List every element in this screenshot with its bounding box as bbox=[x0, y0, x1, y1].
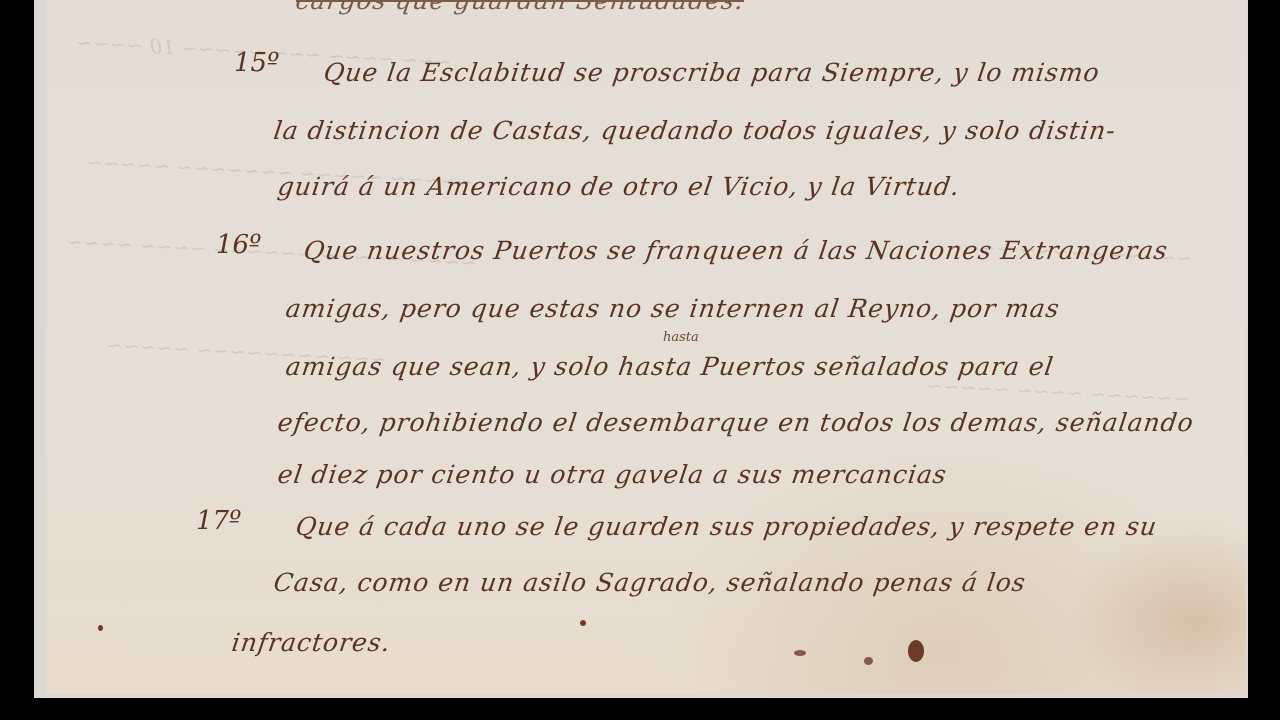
manuscript-page: ~~~ ~~~~ ~~~ ~~~~~ 10 ~~~~ ~~~~~ ~~~~~ ~… bbox=[46, 0, 1246, 694]
article-line: guirá á un Americano de otro el Vicio, y… bbox=[276, 172, 962, 201]
article-line: Casa, como en un asilo Sagrado, señaland… bbox=[272, 568, 1028, 597]
article-line: efecto, prohibiendo el desembarque en to… bbox=[276, 408, 1196, 437]
ink-stain bbox=[580, 620, 586, 626]
article-line: el diez por ciento u otra gavela a sus m… bbox=[276, 460, 949, 489]
article-line: la distincion de Castas, quedando todos … bbox=[272, 116, 1118, 145]
article-line: infractores. bbox=[230, 628, 393, 657]
ink-stain bbox=[908, 640, 924, 662]
inserted-word: hasta bbox=[663, 330, 699, 345]
article-line: amigas que sean, y solo hasta Puertos se… bbox=[284, 352, 1056, 381]
article-line: Que nuestros Puertos se franqueen á las … bbox=[302, 236, 1170, 265]
article-line: Que á cada uno se le guarden sus propied… bbox=[294, 512, 1159, 541]
article-number: 16º bbox=[216, 230, 261, 260]
crossed-out-line: cargos que guardan Sentudades. bbox=[294, 0, 746, 15]
article-line: Que la Esclabitud se proscriba para Siem… bbox=[322, 58, 1102, 87]
article-number: 17º bbox=[196, 506, 241, 536]
ink-stain bbox=[864, 657, 873, 665]
ink-stain bbox=[98, 625, 103, 631]
article-number: 15º bbox=[234, 48, 279, 78]
article-line: amigas, pero que estas no se internen al… bbox=[284, 294, 1062, 323]
ink-stain bbox=[794, 650, 806, 656]
